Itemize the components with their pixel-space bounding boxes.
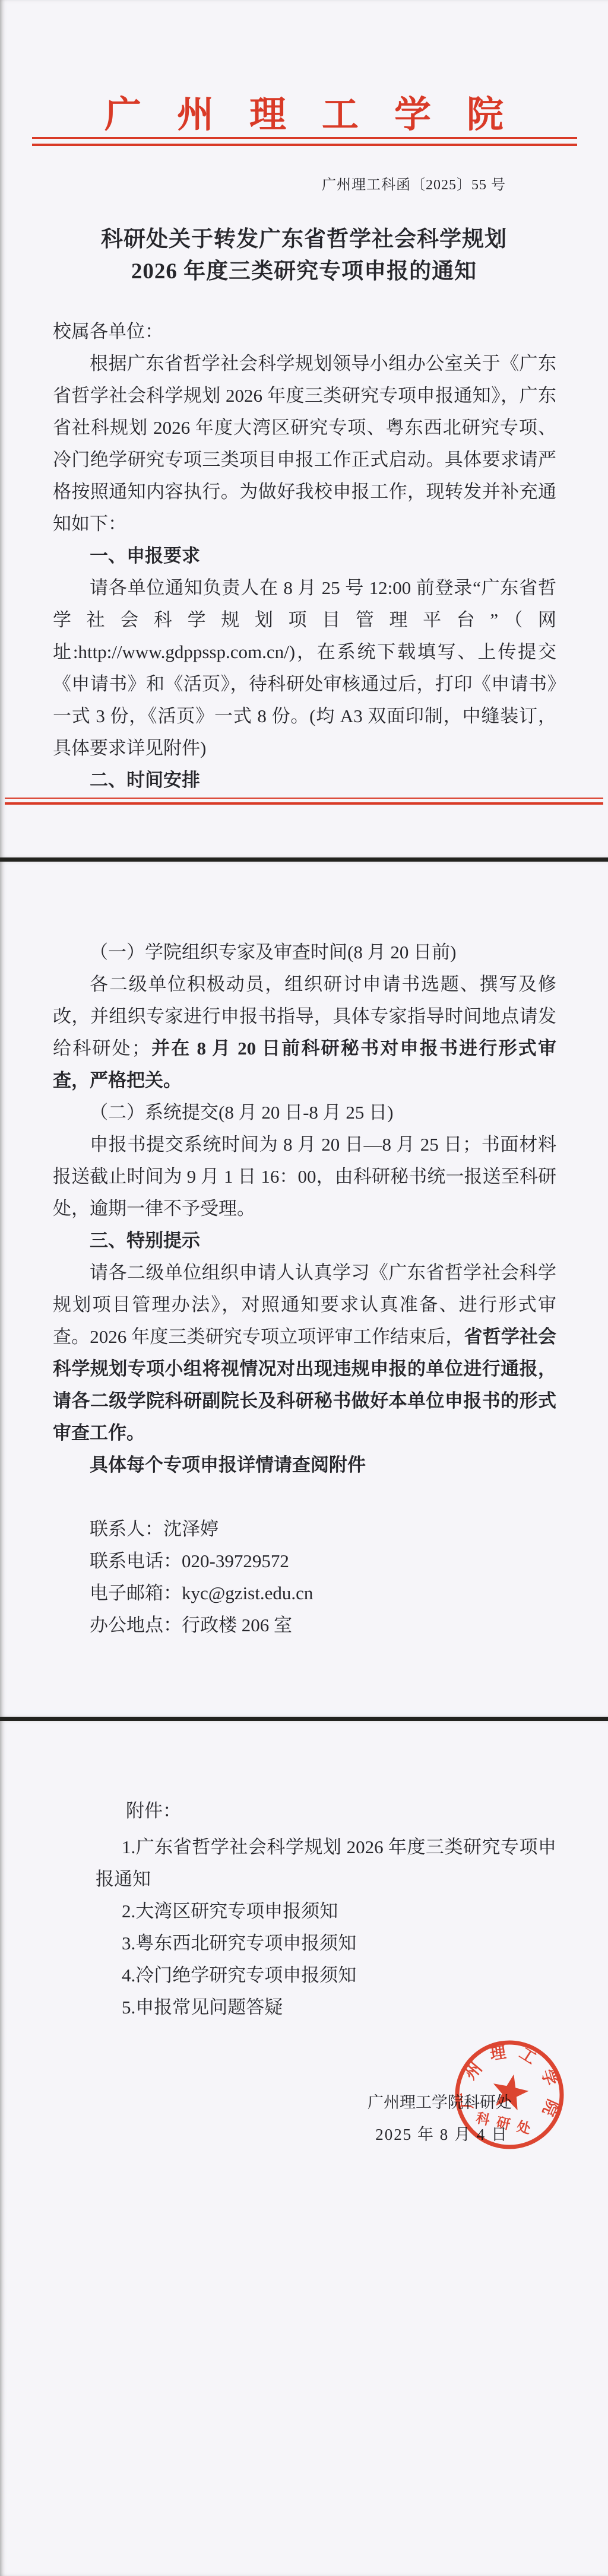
attachments-label: 附件： (126, 1795, 181, 1827)
section-heading-1: 一、申报要求 (53, 540, 556, 572)
page-2-body: （一）学院组织专家及审查时间(8 月 20 日前) 各二级单位积极动员，组织研讨… (53, 936, 556, 1641)
notice-title-line-2: 2026 年度三类研究专项申报的通知 (0, 256, 608, 288)
attachment-emphasis-note: 具体每个专项申报详情请查阅附件 (53, 1449, 556, 1481)
attachment-item: 2.大湾区研究专项申报须知 (96, 1895, 556, 1927)
contact-phone: 联系电话：020-39729572 (53, 1545, 556, 1577)
subsection-2-paragraph: 申报书提交系统时间为 8 月 20 日—8 月 25 日；书面材料报送截止时间为… (53, 1129, 556, 1225)
official-seal-graphic: 广州理工学院 科研处 (442, 2028, 576, 2161)
attachment-item: 4.冷门绝学研究专项申报须知 (96, 1959, 556, 1991)
contact-person: 联系人：沈泽婷 (53, 1513, 556, 1545)
page-1-red-footer-rule (5, 798, 603, 805)
subsection-3-paragraph: 请各二级单位组织申请人认真学习《广东省哲学社会科学规划项目管理办法》，对照通知要… (53, 1257, 556, 1449)
contact-email: 电子邮箱：kyc@gzist.edu.cn (53, 1577, 556, 1609)
notice-title: 科研处关于转发广东省哲学社会科学规划 2026 年度三类研究专项申报的通知 (0, 224, 608, 288)
seal-bottom-text: 科研处 (475, 2111, 539, 2138)
salutation: 校属各单位： (53, 316, 556, 348)
subsection-1-heading: （一）学院组织专家及审查时间(8 月 20 日前) (53, 936, 556, 968)
section-heading-2: 二、时间安排 (53, 764, 556, 796)
letterhead-title: 广州理工学院 (0, 85, 608, 138)
page-1: 广州理工学院 广州理工科函〔2025〕55 号 科研处关于转发广东省哲学社会科学… (0, 0, 608, 857)
page-1-body: 校属各单位： 根据广东省哲学社会科学规划领导小组办公室关于《广东省哲学社会科学规… (53, 316, 556, 796)
section-heading-3: 三、特别提示 (53, 1225, 556, 1257)
contact-block: 联系人：沈泽婷 联系电话：020-39729572 电子邮箱：kyc@gzist… (53, 1513, 556, 1641)
attachment-item: 5.申报常见问题答疑 (96, 1991, 556, 2024)
subsection-1-paragraph: 各二级单位积极动员，组织研讨申请书选题、撰写及修改，并组织专家进行申报书指导，具… (53, 968, 556, 1097)
letterhead-divider (32, 137, 577, 146)
document-number: 广州理工科函〔2025〕55 号 (322, 173, 506, 193)
contact-office: 办公地点：行政楼 206 室 (53, 1609, 556, 1641)
page-3: 附件： 1.广东省哲学社会科学规划 2026 年度三类研究专项申报通知 2.大湾… (0, 1721, 608, 2576)
attachment-item: 1.广东省哲学社会科学规划 2026 年度三类研究专项申报通知 (96, 1831, 556, 1895)
scanned-notice-document: 广州理工学院 广州理工科函〔2025〕55 号 科研处关于转发广东省哲学社会科学… (0, 0, 608, 2576)
intro-paragraph: 根据广东省哲学社会科学规划领导小组办公室关于《广东省哲学社会科学规划 2026 … (53, 348, 556, 540)
requirements-paragraph: 请各单位通知负责人在 8 月 25 号 12:00 前登录“广东省哲学社会科学规… (53, 572, 556, 764)
page-2: （一）学院组织专家及审查时间(8 月 20 日前) 各二级单位积极动员，组织研讨… (0, 862, 608, 1717)
subsection-2-heading: （二）系统提交(8 月 20 日-8 月 25 日) (53, 1097, 556, 1129)
attachment-item: 3.粤东西北研究专项申报须知 (96, 1927, 556, 1959)
notice-title-line-1: 科研处关于转发广东省哲学社会科学规划 (0, 224, 608, 256)
seal-star-icon (489, 2070, 531, 2111)
attachments-list: 1.广东省哲学社会科学规划 2026 年度三类研究专项申报通知 2.大湾区研究专… (96, 1831, 556, 2024)
official-seal: 广州理工学院 科研处 (442, 2028, 576, 2161)
